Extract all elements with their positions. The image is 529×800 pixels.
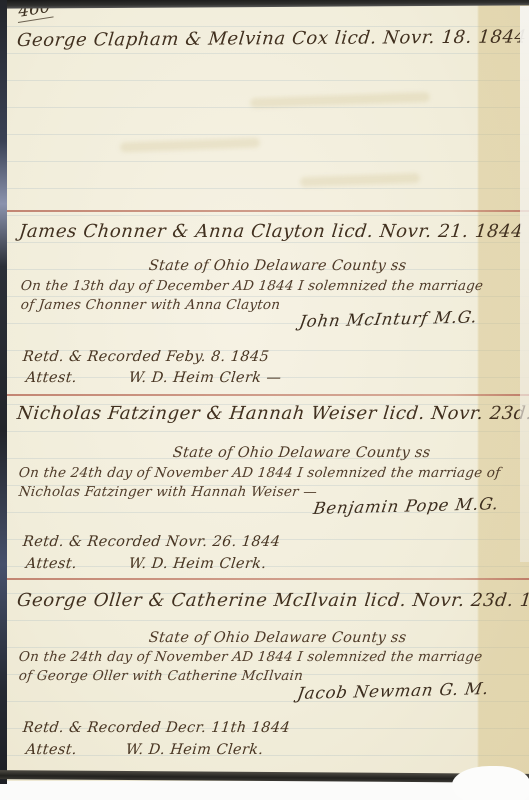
clerk-signature: W. D. Heim Clerk. (128, 556, 267, 572)
section-divider-rule (7, 394, 529, 396)
attest-label: Attest. (25, 556, 78, 572)
officiant-signature: Jacob Newman G. M. (296, 679, 490, 703)
book-spine-edge (0, 0, 7, 784)
officiant-signature: John McInturf M.G. (298, 307, 479, 331)
officiant-signature: Benjamin Pope M.G. (312, 494, 500, 518)
ledger-page: 460 George Clapham & Melvina Cox licd. N… (0, 0, 529, 781)
ink-bleedthrough-smudge (120, 138, 260, 153)
attest-label: Attest. (25, 370, 78, 386)
clerk-signature: W. D. Heim Clerk — (128, 370, 282, 386)
state-county-line: State of Ohio Delaware County ss (148, 630, 407, 646)
marriage-statement-line-2: of James Chonner with Anna Clayton (20, 297, 281, 313)
state-county-line: State of Ohio Delaware County ss (148, 258, 407, 274)
entry-heading: George Oller & Catherine McIlvain licd. … (16, 590, 529, 611)
marriage-statement-line-2: of George Oller with Catherine McIlvain (18, 668, 304, 684)
recorded-line: Retd. & Recorded Decr. 11th 1844 (22, 720, 291, 736)
ink-bleedthrough-smudge (250, 92, 430, 108)
section-divider-rule (7, 578, 529, 580)
page-edge-highlight (520, 6, 529, 562)
section-divider-rule (7, 210, 529, 212)
entry-heading: James Chonner & Anna Clayton licd. Novr.… (18, 221, 524, 242)
state-county-line: State of Ohio Delaware County ss (172, 445, 431, 461)
marriage-statement-line-1: On the 24th day of November AD 1844 I so… (18, 649, 483, 665)
marriage-statement-line-1: On the 13th day of December AD 1844 I so… (20, 278, 484, 294)
recorded-line: Retd. & Recorded Novr. 26. 1844 (22, 534, 281, 550)
attest-label: Attest. (25, 742, 78, 758)
entry-heading: George Clapham & Melvina Cox licd. Novr.… (16, 26, 529, 51)
clerk-signature: W. D. Heim Clerk. (125, 742, 264, 758)
marriage-statement-line-1: On the 24th day of November AD 1844 I so… (18, 465, 501, 481)
ink-bleedthrough-smudge (300, 173, 420, 187)
ledger-scan: 460 George Clapham & Melvina Cox licd. N… (0, 0, 529, 800)
entry-heading: Nicholas Fatzinger & Hannah Weiser licd.… (16, 403, 529, 424)
recorded-line: Retd. & Recorded Feby. 8. 1845 (22, 349, 270, 365)
torn-paper-notch (452, 766, 529, 800)
marriage-statement-line-2: Nicholas Fatzinger with Hannah Weiser — (18, 484, 318, 500)
